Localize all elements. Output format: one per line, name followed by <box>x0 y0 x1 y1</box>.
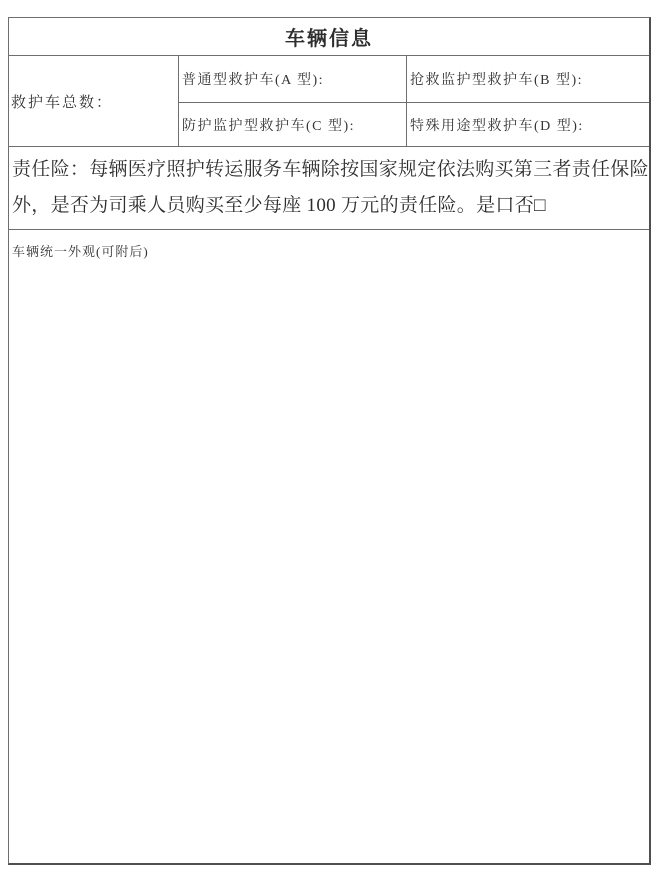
type-c-cell: 防护监护型救护车(C 型): <box>179 102 406 146</box>
vehicle-appearance-row: 车辆统一外观(可附后) <box>9 230 649 863</box>
ambulance-count-row: 救护车总数： 普通型救护车(A 型): 抢救监护型救护车(B 型): 防护监护型… <box>9 56 649 147</box>
liability-insurance-row: 责任险：每辆医疗照护转运服务车辆除按国家规定依法购买第三者责任保险 外，是否为司… <box>9 147 649 230</box>
ambulance-total-label: 救护车总数： <box>11 91 113 112</box>
vehicle-info-table: 车辆信息 救护车总数： 普通型救护车(A 型): 抢救监护型救护车(B 型): … <box>8 17 651 865</box>
vehicle-appearance-label: 车辆统一外观(可附后) <box>12 244 149 259</box>
ambulance-type-grid: 普通型救护车(A 型): 抢救监护型救护车(B 型): 防护监护型救护车(C 型… <box>179 56 649 146</box>
type-d-cell: 特殊用途型救护车(D 型): <box>406 102 649 146</box>
type-b-cell: 抢救监护型救护车(B 型): <box>406 56 649 102</box>
liability-text-line1: 责任险：每辆医疗照护转运服务车辆除按国家规定依法购买第三者责任保险 <box>12 152 649 188</box>
table-title-row: 车辆信息 <box>9 18 649 56</box>
type-a-cell: 普通型救护车(A 型): <box>179 56 406 102</box>
type-d-label: 特殊用途型救护车(D 型): <box>410 115 584 135</box>
ambulance-total-cell: 救护车总数： <box>9 56 179 146</box>
type-b-label: 抢救监护型救护车(B 型): <box>410 69 583 89</box>
type-c-label: 防护监护型救护车(C 型): <box>182 115 355 135</box>
liability-text-line2: 外，是否为司乘人员购买至少每座 100 万元的责任险。是口否□ <box>12 188 649 224</box>
table-title: 车辆信息 <box>285 22 373 51</box>
type-a-label: 普通型救护车(A 型): <box>182 69 324 89</box>
scanned-document-page: 车辆信息 救护车总数： 普通型救护车(A 型): 抢救监护型救护车(B 型): … <box>0 0 659 882</box>
